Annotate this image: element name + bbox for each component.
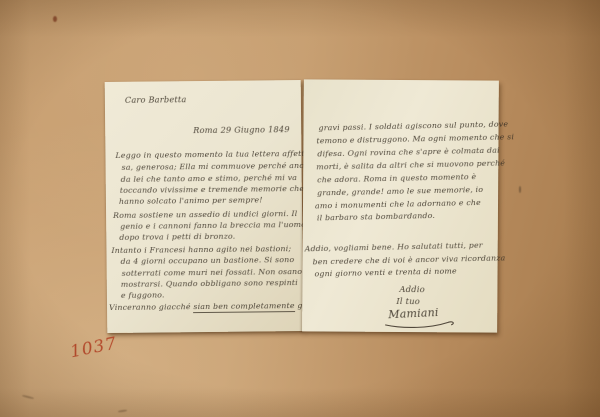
body-line: morti, è salita da altri che si muovono … <box>316 159 505 171</box>
farewell-line: Addio <box>399 285 425 294</box>
catalog-number: 1037 <box>69 334 119 363</box>
body-line: sotterrati come muri nei fossati. Non os… <box>122 268 303 278</box>
pencil-scratch <box>22 395 34 400</box>
body-line: grande, grande! amo le sue memorie, io <box>317 186 483 197</box>
last-line-pre: Vinceranno giacché <box>109 302 193 312</box>
pencil-scratch <box>118 409 127 412</box>
closing-line: ogni giorno venti e trenta di nome <box>314 267 456 278</box>
body-line: Leggo in questo momento la tua lettera a… <box>115 150 317 160</box>
body-line: che adora. Roma in questo momento è <box>317 173 476 184</box>
greeting-line: Caro Barbetta <box>125 95 187 104</box>
red-ink-speck <box>53 16 57 22</box>
dateline: Roma 29 Giugno 1849 <box>193 125 290 134</box>
body-line: difesa. Ogni rovina che s'apre è colmata… <box>317 147 500 159</box>
closing-line: Addio, vogliami bene. Ho salutati tutti,… <box>305 242 483 254</box>
body-line: Intanto i Francesi hanno agito nei basti… <box>111 245 291 255</box>
body-line: sa, generosa; Ella mi commuove perché an… <box>122 162 314 172</box>
closing-line: ben credere che di voi è ancor viva rico… <box>313 254 506 266</box>
body-line: da lei che tanto amo e stimo, perché mi … <box>121 174 297 184</box>
body-line: e fuggono. <box>121 291 165 299</box>
pencil-dash-mark <box>519 186 521 193</box>
body-line-underlined: Vinceranno giacché sian ben completament… <box>109 302 335 312</box>
mounted-letter-photo: Caro Barbetta Roma 29 Giugno 1849 Leggo … <box>0 0 600 417</box>
letter-page-right: gravi passi. I soldati agiscono sul punt… <box>302 79 499 332</box>
underlined-phrase: sian ben completamente <box>193 301 294 313</box>
body-line: temono e distruggono. Ma ogni momento ch… <box>316 133 514 145</box>
body-line: il barbaro sta bombardando. <box>317 212 435 222</box>
signature-flourish <box>382 318 458 331</box>
body-line: mostrarsi. Quando obbligano sono respint… <box>121 279 298 289</box>
body-line: amo i monumenti che la adornano e che <box>315 199 481 210</box>
body-line: dopo trova i petti di bronzo. <box>119 233 235 242</box>
body-line: gravi passi. I soldati agiscono sul punt… <box>318 120 508 132</box>
body-line: hanno solcato l'animo per sempre! <box>119 196 263 205</box>
body-line: genio e i cannoni fanno la breccia ma l'… <box>120 221 306 231</box>
letter-page-left: Caro Barbetta Roma 29 Giugno 1849 Leggo … <box>105 80 304 333</box>
valediction-line: Il tuo <box>396 297 420 306</box>
body-line: da 4 giorni occupano un bastione. Si son… <box>121 256 295 266</box>
body-line: toccando vivissime e tremende memorie ch… <box>120 185 318 195</box>
body-line: Roma sostiene un assedio di undici giorn… <box>113 210 297 220</box>
